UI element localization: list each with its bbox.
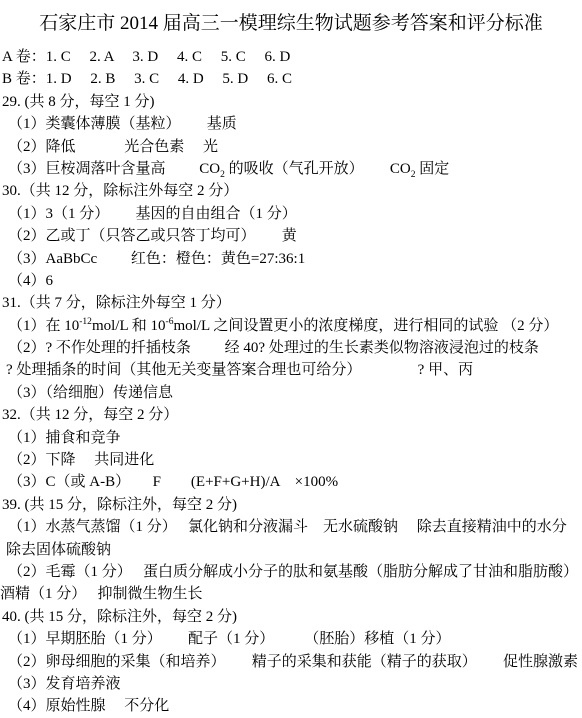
q30-item-1: （1）3（1 分） 基因的自由组合（1 分） [0,203,582,225]
q31-item-1-text: mol/L 之间设置更小的浓度梯度，进行相同的试验 （2 分） [173,318,558,334]
q39-header: 39. (共 15 分，除标注外，每空 2 分) [0,494,582,516]
q32-item-3: （3）C（或 A-B） F (E+F+G+H)/A ×100% [0,471,582,493]
q40-item-3: （3）发育培养液 [0,673,582,695]
q40-item-4: （4）原始性腺 不分化 [0,695,582,717]
document-body: A 卷：1. C 2. A 3. D 4. C 5. C 6. D B 卷：1.… [0,46,582,718]
q30-item-4: （4）6 [0,270,582,292]
q40-header: 40. (共 15 分，除标注外，每空 2 分) [0,606,582,628]
q32-header: 32.（共 12 分，每空 2 分） [0,404,582,426]
q30-item-2: （2）乙或丁（只答乙或只答丁均可） 黄 [0,225,582,247]
answer-key-roll-b: B 卷：1. D 2. B 3. C 4. D 5. D 6. C [0,68,582,90]
q29-item-3: （3）巨桉凋落叶含量高 CO2 的吸收（气孔开放） CO2 固定 [0,158,582,180]
q31-item-3: （3）（给细胞）传递信息 [0,382,582,404]
q39-item-2: （2）毛霉（1 分） 蛋白质分解成小分子的肽和氨基酸（脂肪分解成了甘油和脂肪酸） [0,561,582,583]
q39-item-1-continuation: 除去固体硫酸钠 [0,539,582,561]
q39-item-2-continuation: 酒精（1 分） 抑制微生物生长 [0,583,582,605]
page-title: 石家庄市 2014 届高三一模理综生物试题参考答案和评分标准 [0,0,582,37]
q29-item-1: （1）类囊体薄膜（基粒） 基质 [0,113,582,135]
q29-item-3-text: 固定 [415,161,449,177]
answer-sheet-document: 石家庄市 2014 届高三一模理综生物试题参考答案和评分标准 A 卷：1. C … [0,0,582,718]
q31-item-2-continuation: ? 处理插条的时间（其他无关变量答案合理也可给分） ? 甲、丙 [0,359,582,381]
q31-item-1-text: （1）在 10 [8,318,79,334]
q31-item-2: （2）? 不作处理的扦插枝条 经 40? 处理过的生长素类似物溶液浸泡过的枝条 [0,337,582,359]
q30-item-3: （3）AaBbCc 红色：橙色：黄色=27:36:1 [0,248,582,270]
answer-key-roll-a: A 卷：1. C 2. A 3. D 4. C 5. C 6. D [0,46,582,68]
q32-item-1: （1）捕食和竞争 [0,427,582,449]
q40-item-2: （2）卵母细胞的采集（和培养） 精子的采集和获能（精子的获取） 促性腺激素 [0,651,582,673]
q29-item-2: （2）降低 光合色素 光 [0,136,582,158]
q39-item-1: （1）水蒸气蒸馏（1 分） 氯化钠和分液漏斗 无水硫酸钠 除去直接精油中的水分 [0,516,582,538]
q30-header: 30.（共 12 分，除标注外每空 2 分） [0,180,582,202]
q29-item-3-text: （3）巨桉凋落叶含量高 CO [8,161,220,177]
q29-header: 29. (共 8 分，每空 1 分) [0,91,582,113]
q29-item-3-text: 的吸收（气孔开放） CO [225,161,411,177]
q32-item-2: （2）下降 共同进化 [0,449,582,471]
exponent-superscript: -12 [79,317,92,327]
q31-item-1: （1）在 10-12mol/L 和 10-6mol/L 之间设置更小的浓度梯度，… [0,315,582,337]
q31-item-1-text: mol/L 和 10 [92,318,166,334]
q31-header: 31.（共 7 分，除标注外每空 1 分） [0,292,582,314]
q40-item-1: （1）早期胚胎（1 分） 配子（1 分） （胚胎）移植（1 分） [0,628,582,650]
